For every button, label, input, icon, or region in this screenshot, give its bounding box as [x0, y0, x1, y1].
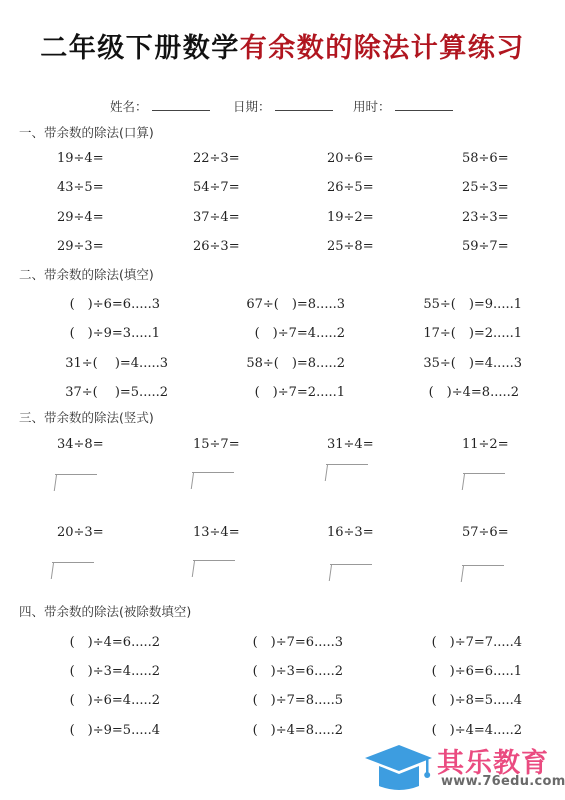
long-division-bracket[interactable] [463, 473, 505, 489]
name-label: 姓名： [110, 99, 148, 114]
problem: 19÷4= [57, 151, 104, 166]
time-label: 用时： [353, 99, 391, 114]
problem: 54÷7= [193, 180, 240, 195]
fill-blank-problem[interactable]: ( )÷4=4.....2 [362, 719, 522, 738]
problem: 25÷8= [327, 239, 374, 254]
fill-blank-problem[interactable]: ( )÷7=2.....1 [185, 381, 345, 400]
date-label: 日期： [233, 99, 271, 114]
date-field[interactable]: 日期： [233, 97, 333, 115]
fill-blank-problem[interactable]: ( )÷3=4.....2 [0, 660, 160, 679]
fill-blank-problem[interactable]: 35÷( )=4.....3 [362, 352, 522, 371]
problem: 15÷7= [193, 437, 240, 452]
problem: 11÷2= [462, 437, 509, 452]
fill-blank-problem[interactable]: 67÷( )=8.....3 [185, 293, 345, 312]
page-title: 二年级下册数学有余数的除法计算练习 [0, 26, 565, 65]
problem: 31÷4= [327, 437, 374, 452]
problem: 23÷3= [462, 210, 509, 225]
problem: 20÷3= [57, 525, 104, 540]
problem: 29÷3= [57, 239, 104, 254]
fill-blank-problem[interactable]: ( )÷4=8.....2 [359, 381, 519, 400]
problem: 43÷5= [57, 180, 104, 195]
date-blank[interactable] [275, 100, 333, 111]
long-division-bracket[interactable] [326, 464, 368, 480]
fill-blank-problem[interactable]: ( )÷6=6.....1 [362, 660, 522, 679]
long-division-bracket[interactable] [193, 560, 235, 576]
title-red: 有余数的除法计算练习 [240, 33, 525, 64]
fill-blank-problem[interactable]: 55÷( )=9.....1 [362, 293, 522, 312]
problem: 34÷8= [57, 437, 104, 452]
section-4-heading: 四、带余数的除法(被除数填空) [19, 602, 191, 620]
section-2-heading: 二、带余数的除法(填空) [19, 265, 154, 283]
long-division-bracket[interactable] [55, 474, 97, 490]
problem: 13÷4= [193, 525, 240, 540]
fill-blank-problem[interactable]: ( )÷4=8.....2 [183, 719, 343, 738]
long-division-bracket[interactable] [462, 565, 504, 581]
section-3-heading: 三、带余数的除法(竖式) [19, 408, 154, 426]
fill-blank-problem[interactable]: 58÷( )=8.....2 [185, 352, 345, 371]
fill-blank-problem[interactable]: ( )÷7=4.....2 [185, 322, 345, 341]
fill-blank-problem[interactable]: ( )÷8=5.....4 [362, 689, 522, 708]
fill-blank-problem[interactable]: ( )÷4=6.....2 [0, 631, 160, 650]
long-division-bracket[interactable] [192, 472, 234, 488]
name-blank[interactable] [152, 100, 210, 111]
title-black: 二年级下册数学 [40, 33, 240, 64]
time-field[interactable]: 用时： [353, 97, 453, 115]
fill-blank-problem[interactable]: 37÷( )=5.....2 [8, 381, 168, 400]
fill-blank-problem[interactable]: ( )÷7=7.....4 [362, 631, 522, 650]
fill-blank-problem[interactable]: ( )÷9=5.....4 [0, 719, 160, 738]
fill-blank-problem[interactable]: ( )÷3=6.....2 [183, 660, 343, 679]
problem: 57÷6= [462, 525, 509, 540]
problem: 58÷6= [462, 151, 509, 166]
problem: 37÷4= [193, 210, 240, 225]
problem: 25÷3= [462, 180, 509, 195]
problem: 29÷4= [57, 210, 104, 225]
problem: 26÷5= [327, 180, 374, 195]
graduation-cap-icon [362, 742, 434, 794]
name-field[interactable]: 姓名： [110, 97, 210, 115]
fill-blank-problem[interactable]: ( )÷7=6.....3 [183, 631, 343, 650]
long-division-bracket[interactable] [330, 564, 372, 580]
problem: 20÷6= [327, 151, 374, 166]
time-blank[interactable] [395, 100, 453, 111]
problem: 19÷2= [327, 210, 374, 225]
problem: 16÷3= [327, 525, 374, 540]
problem: 26÷3= [193, 239, 240, 254]
logo-url[interactable]: www.76edu.com [441, 774, 565, 789]
fill-blank-problem[interactable]: 31÷( )=4.....3 [8, 352, 168, 371]
section-1-heading: 一、带余数的除法(口算) [19, 123, 154, 141]
fill-blank-problem[interactable]: 17÷( )=2.....1 [362, 322, 522, 341]
problem: 59÷7= [462, 239, 509, 254]
problem: 22÷3= [193, 151, 240, 166]
long-division-bracket[interactable] [52, 562, 94, 578]
fill-blank-problem[interactable]: ( )÷9=3.....1 [0, 322, 160, 341]
fill-blank-problem[interactable]: ( )÷6=6.....3 [0, 293, 160, 312]
fill-blank-problem[interactable]: ( )÷6=4.....2 [0, 689, 160, 708]
fill-blank-problem[interactable]: ( )÷7=8.....5 [183, 689, 343, 708]
